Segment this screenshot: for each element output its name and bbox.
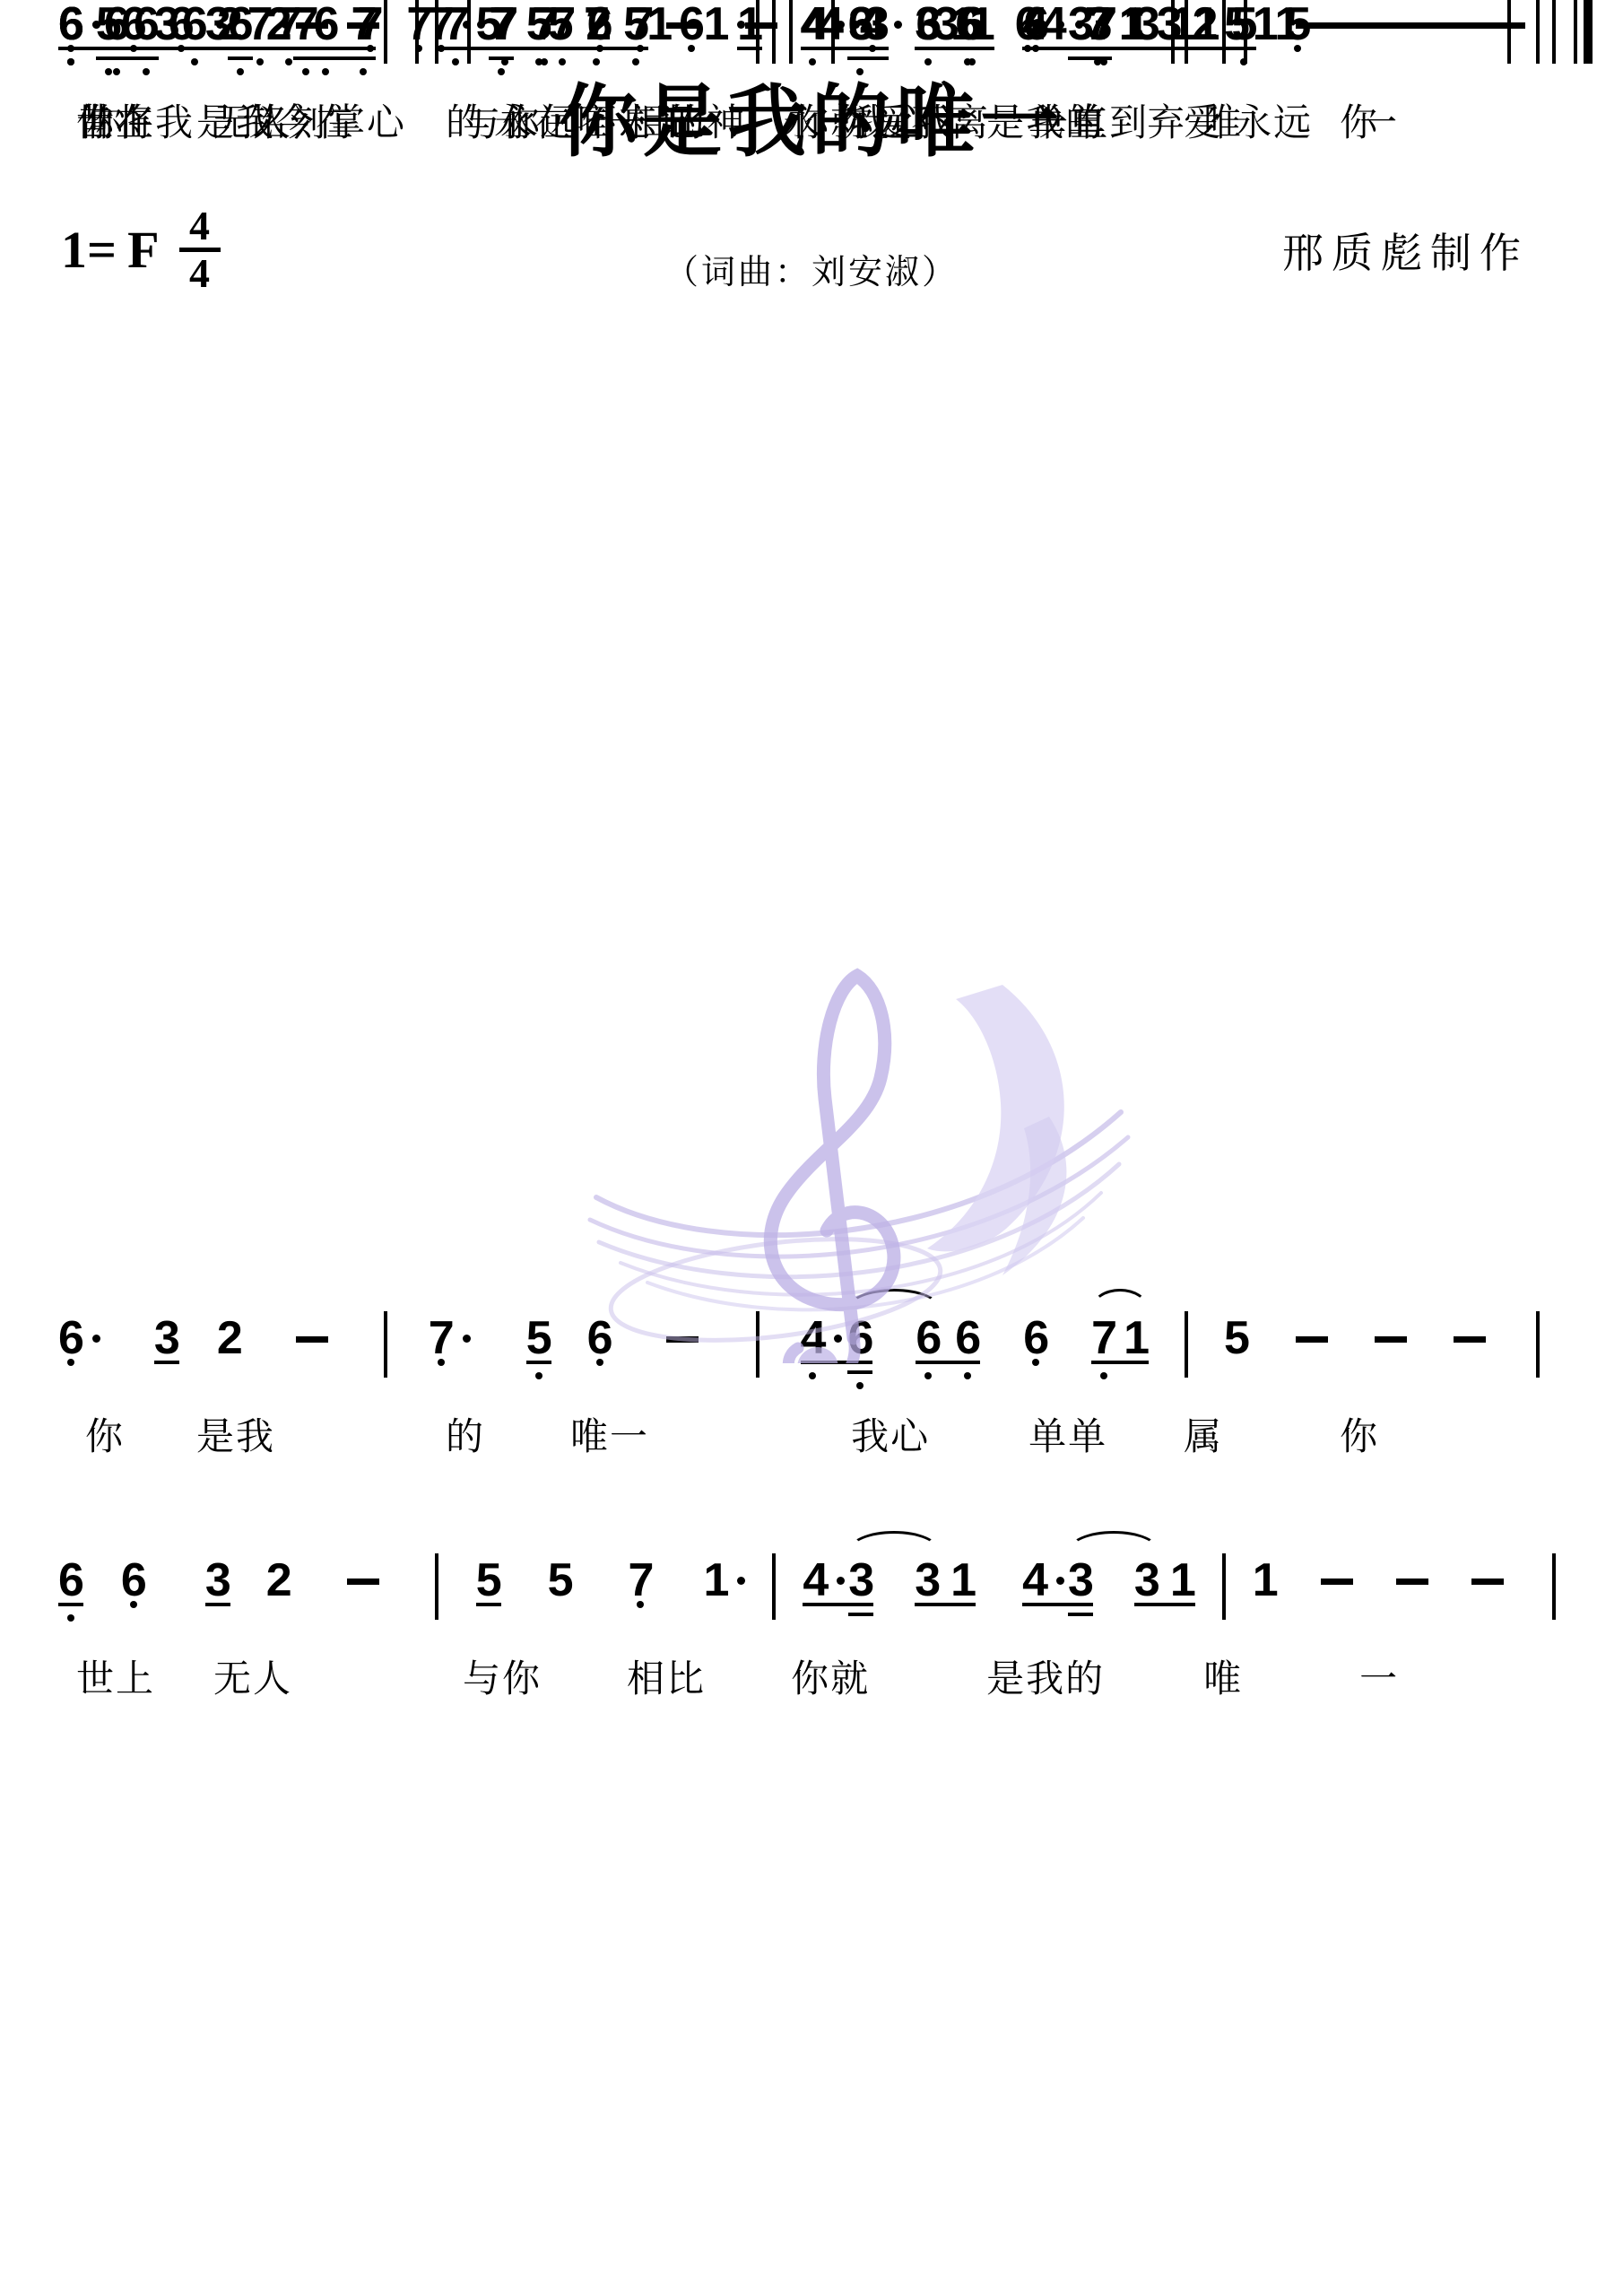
dot-after bbox=[282, 21, 290, 29]
lyric: 无人 bbox=[213, 1649, 292, 1703]
note-1: 1 bbox=[647, 0, 689, 86]
note-digit-low-octave: 6 bbox=[58, 1314, 83, 1362]
note-3: 3 bbox=[1157, 0, 1182, 86]
slur-arc bbox=[1091, 1289, 1149, 1328]
note-1: 1 bbox=[969, 0, 994, 86]
note-digit: 2 bbox=[1193, 0, 1218, 48]
note-head: 2 bbox=[266, 1556, 291, 1605]
barline-stroke bbox=[756, 1311, 759, 1378]
note-digit: 4 bbox=[1022, 1556, 1047, 1605]
note-4: 4 bbox=[1041, 0, 1083, 86]
dash-extension bbox=[1471, 1556, 1504, 1642]
dash-bar bbox=[1454, 1336, 1486, 1343]
note-digit: 1 bbox=[950, 1556, 976, 1605]
lyric: 的 bbox=[446, 1407, 485, 1461]
note-digit: 4 bbox=[1041, 0, 1066, 48]
note-head: 3 bbox=[205, 1556, 230, 1605]
beam-underline bbox=[444, 47, 515, 50]
note-head: 5 bbox=[476, 1556, 501, 1605]
beam-underline bbox=[915, 1603, 976, 1606]
barline bbox=[772, 1556, 776, 1642]
dash-bar bbox=[1342, 22, 1375, 29]
ribbon-swoosh-small bbox=[1002, 1117, 1066, 1275]
note-head: 6 bbox=[58, 1314, 100, 1362]
beam-underline bbox=[489, 57, 514, 60]
note-head: 1 bbox=[950, 1556, 976, 1605]
note-2: 2 bbox=[586, 0, 611, 86]
note-head: 6 bbox=[121, 1556, 146, 1605]
beam-underline bbox=[476, 1603, 501, 1606]
beam-underline bbox=[803, 1603, 873, 1606]
note-digit-low-octave: 6 bbox=[587, 1314, 612, 1362]
note-5: 5 bbox=[526, 1314, 551, 1400]
note-3: 3 bbox=[1068, 1556, 1093, 1642]
dash-bar bbox=[347, 1578, 379, 1585]
dash-bar bbox=[1296, 1336, 1328, 1343]
slur-arc bbox=[848, 1531, 940, 1570]
note-1: 1 bbox=[703, 1556, 745, 1642]
note-head: 1 bbox=[1274, 0, 1299, 48]
beam-underline bbox=[1041, 47, 1112, 50]
beam-underline bbox=[737, 47, 762, 50]
dot-after bbox=[92, 1335, 100, 1343]
lyric: 永远 bbox=[1234, 93, 1313, 147]
system-6: 666777777211433143321 昔在今在永在的神你爱我一直到永远 bbox=[58, 0, 1583, 147]
note-6: 6 bbox=[955, 1314, 980, 1400]
note-6: 6 bbox=[121, 1556, 146, 1642]
dash-bar bbox=[296, 1336, 328, 1343]
note-6: 6 bbox=[58, 0, 100, 86]
system-1: 63275646666715 你是我的唯一我心单单属你 bbox=[58, 1314, 1583, 1461]
note-3: 3 bbox=[933, 0, 959, 86]
dot-after bbox=[837, 1577, 845, 1585]
beam-underline bbox=[1022, 1603, 1093, 1606]
dash-extension bbox=[1296, 1314, 1328, 1400]
note-6: 6 bbox=[587, 1314, 612, 1400]
final-thin-stroke bbox=[1574, 0, 1577, 64]
note-digit-low-octave: 6 bbox=[121, 1556, 146, 1605]
note-1: 1 bbox=[737, 0, 762, 86]
sheet-music-page: 你是我的唯一 1= F 4 4 （词曲：刘安淑） 邢质彪制作 632756466… bbox=[0, 0, 1623, 2296]
beam-underline bbox=[154, 1361, 179, 1364]
note-head: 4 bbox=[1022, 1556, 1064, 1605]
beam-underline bbox=[205, 1603, 230, 1606]
lyric: 一直到 bbox=[1030, 93, 1149, 147]
barline bbox=[384, 1314, 387, 1400]
beam-underline bbox=[1157, 47, 1218, 50]
dash-bar bbox=[1375, 1336, 1407, 1343]
beam-underline bbox=[247, 47, 318, 50]
lyric: 我心 bbox=[851, 1407, 930, 1461]
note-digit: 5 bbox=[1224, 1314, 1249, 1362]
note-digit: 3 bbox=[154, 1314, 179, 1362]
note-3: 3 bbox=[864, 0, 889, 86]
note-3: 3 bbox=[848, 1556, 873, 1642]
note-1: 1 bbox=[1274, 0, 1299, 86]
note-3: 3 bbox=[1134, 1556, 1159, 1642]
note-5: 5 bbox=[548, 1556, 573, 1642]
beam-underline bbox=[550, 47, 611, 50]
note-2: 2 bbox=[266, 1556, 291, 1642]
note-head: 2 bbox=[217, 1314, 242, 1362]
lyric: 永在 bbox=[494, 93, 573, 147]
note-head: 6 bbox=[1023, 1314, 1048, 1362]
lyrics-row-6: 昔在今在永在的神你爱我一直到永远 bbox=[58, 93, 1583, 147]
note-6: 6 bbox=[58, 1556, 83, 1642]
note-head: 1 bbox=[969, 0, 994, 48]
slur-arc bbox=[1068, 1531, 1159, 1570]
barline bbox=[435, 1556, 438, 1642]
lyric: 唯 bbox=[1203, 1649, 1243, 1703]
barline bbox=[789, 0, 793, 86]
lyric: 属 bbox=[1184, 1407, 1223, 1461]
note-digit: 2 bbox=[266, 1556, 291, 1605]
barline bbox=[1244, 0, 1247, 86]
barline bbox=[415, 0, 419, 86]
barline-stroke bbox=[772, 1553, 776, 1620]
note-digit: 1 bbox=[1170, 1556, 1195, 1605]
dash-extension bbox=[1321, 1556, 1353, 1642]
dash-extension bbox=[1454, 1314, 1486, 1400]
note-head: 7 bbox=[429, 1314, 471, 1362]
dash-extension bbox=[1375, 1314, 1407, 1400]
note-head: 1 bbox=[1170, 1556, 1195, 1605]
note-head: 4 bbox=[803, 1556, 845, 1605]
lyric: 是我的 bbox=[986, 1649, 1105, 1703]
dot-after bbox=[92, 21, 100, 29]
beam-underline bbox=[1091, 1361, 1149, 1364]
note-1: 1 bbox=[1170, 1556, 1195, 1642]
notation-row-6: 666777777211433143321 bbox=[58, 0, 1583, 86]
note-digit: 4 bbox=[818, 0, 843, 48]
note-digit: 3 bbox=[205, 1556, 230, 1605]
dash-extension bbox=[1342, 0, 1375, 86]
beam-underline bbox=[1068, 1613, 1093, 1616]
note-digit: 1 bbox=[737, 0, 762, 48]
barline-stroke bbox=[384, 1311, 387, 1378]
note-1: 1 bbox=[950, 1556, 976, 1642]
dash-extension bbox=[1493, 0, 1525, 86]
note-head: 5 bbox=[548, 1556, 573, 1605]
note-head: 1 bbox=[647, 0, 689, 48]
final-barline bbox=[1574, 0, 1593, 86]
note-head: 5 bbox=[526, 1314, 551, 1362]
barline-stroke bbox=[1185, 1311, 1188, 1378]
lyrics-row-1: 你是我的唯一我心单单属你 bbox=[58, 1407, 1583, 1461]
note-6: 6 bbox=[169, 0, 194, 86]
note-5: 5 bbox=[1224, 1314, 1249, 1400]
note-digit: 5 bbox=[476, 1556, 501, 1605]
note-7: 7 bbox=[444, 0, 486, 86]
beam-underline bbox=[526, 1361, 551, 1364]
final-thick-stroke bbox=[1584, 0, 1593, 64]
note-digit-low-octave: 7 bbox=[629, 1556, 654, 1605]
note-7: 7 bbox=[489, 0, 514, 86]
dot-after bbox=[1056, 1577, 1064, 1585]
note-digit: 1 bbox=[703, 1556, 728, 1605]
note-head: 6 bbox=[955, 1314, 980, 1362]
meter-numerator: 4 bbox=[189, 204, 210, 248]
dot-after bbox=[852, 21, 860, 29]
note-4: 4 bbox=[801, 1314, 843, 1400]
note-6: 6 bbox=[1023, 1314, 1048, 1400]
dot-after bbox=[1075, 21, 1083, 29]
note-3: 3 bbox=[1087, 0, 1112, 86]
beam-underline bbox=[1087, 57, 1112, 60]
note-3: 3 bbox=[154, 1314, 179, 1400]
note-head: 6 bbox=[58, 1556, 83, 1605]
beam-underline bbox=[801, 1361, 873, 1364]
note-head: 7 bbox=[444, 0, 486, 48]
beam-underline bbox=[916, 1361, 980, 1364]
beam-underline bbox=[818, 47, 889, 50]
lyric: 的神 bbox=[667, 93, 746, 147]
lyric: 世上 bbox=[76, 1649, 155, 1703]
note-head: 4 bbox=[1041, 0, 1083, 48]
note-digit: 5 bbox=[548, 1556, 573, 1605]
dash-bar bbox=[1321, 1578, 1353, 1585]
dash-extension bbox=[666, 1314, 699, 1400]
beam-underline bbox=[1134, 1603, 1195, 1606]
note-digit-low-octave: 7 bbox=[429, 1314, 454, 1362]
barline bbox=[1222, 1556, 1226, 1642]
note-3: 3 bbox=[205, 1556, 230, 1642]
barline-stroke bbox=[415, 0, 419, 64]
ribbon-swoosh bbox=[927, 985, 1064, 1251]
dash-bar bbox=[1396, 1578, 1428, 1585]
note-6: 6 bbox=[104, 0, 129, 86]
beam-underline bbox=[933, 47, 994, 50]
note-head: 6 bbox=[58, 0, 100, 48]
note-digit-low-octave: 7 bbox=[444, 0, 469, 48]
note-digit: 4 bbox=[803, 1556, 828, 1605]
lyric: 唯一 bbox=[570, 1407, 649, 1461]
note-7: 7 bbox=[247, 0, 290, 86]
lyric: 与你 bbox=[463, 1649, 542, 1703]
note-7: 7 bbox=[629, 1556, 654, 1642]
beam-underline bbox=[847, 1370, 872, 1374]
note-head: 1 bbox=[703, 1556, 745, 1605]
note-digit-low-octave: 6 bbox=[955, 1314, 980, 1362]
note-head: 4 bbox=[801, 1314, 843, 1362]
beam-underline bbox=[848, 1613, 873, 1616]
dash-extension bbox=[347, 1556, 379, 1642]
lyric: 你 bbox=[85, 1407, 125, 1461]
lyrics-row-2: 世上无人与你相比你就是我的唯一 bbox=[58, 1649, 1583, 1703]
note-head: 6 bbox=[587, 1314, 612, 1362]
lyric: 今在 bbox=[276, 93, 355, 147]
note-digit: 1 bbox=[1253, 1556, 1278, 1605]
beam-underline bbox=[293, 57, 318, 60]
note-digit-low-octave: 7 bbox=[247, 0, 273, 48]
lyric: 相比 bbox=[627, 1649, 706, 1703]
barline bbox=[1185, 1314, 1188, 1400]
beam-underline bbox=[58, 1603, 83, 1606]
note-head: 7 bbox=[247, 0, 290, 48]
note-head: 2 bbox=[586, 0, 611, 48]
note-head: 1 bbox=[737, 0, 762, 48]
note-digit: 2 bbox=[217, 1314, 242, 1362]
barline-stroke bbox=[1552, 1553, 1556, 1620]
note-digit-low-octave: 4 bbox=[801, 1314, 826, 1362]
note-7: 7 bbox=[550, 0, 575, 86]
note-2: 2 bbox=[217, 1314, 242, 1400]
note-7: 7 bbox=[293, 0, 318, 86]
note-head: 5 bbox=[1224, 1314, 1249, 1362]
note-2: 2 bbox=[1193, 0, 1218, 86]
note-digit: 1 bbox=[969, 0, 994, 48]
note-6: 6 bbox=[916, 1314, 941, 1400]
lyric: 一 bbox=[1359, 1649, 1399, 1703]
note-1: 1 bbox=[1253, 1556, 1278, 1642]
dash-bar bbox=[1493, 22, 1525, 29]
lyric: 单单 bbox=[1028, 1407, 1107, 1461]
note-7: 7 bbox=[358, 0, 383, 86]
dot-after bbox=[463, 1335, 471, 1343]
lyric: 你 bbox=[1340, 1407, 1379, 1461]
note-head: 4 bbox=[818, 0, 860, 48]
dash-bar bbox=[666, 1336, 699, 1343]
notation-row-1: 63275646666715 bbox=[58, 1314, 1583, 1400]
note-digit: 1 bbox=[1274, 0, 1299, 48]
dot-after bbox=[681, 21, 689, 29]
note-4: 4 bbox=[818, 0, 860, 86]
system-2: 66325571433143311 世上无人与你相比你就是我的唯一 bbox=[58, 1556, 1583, 1703]
beam-underline bbox=[864, 57, 889, 60]
beam-underline bbox=[58, 47, 129, 50]
note-head: 3 bbox=[154, 1314, 179, 1362]
note-7: 7 bbox=[429, 1314, 471, 1400]
barline bbox=[1552, 1556, 1556, 1642]
note-digit: 1 bbox=[647, 0, 672, 48]
dash-extension bbox=[1396, 1556, 1428, 1642]
dash-bar bbox=[1471, 1578, 1504, 1585]
barline-stroke bbox=[1222, 1553, 1226, 1620]
note-4: 4 bbox=[1022, 1556, 1064, 1642]
note-digit-low-octave: 6 bbox=[1023, 1314, 1048, 1362]
dash-extension bbox=[1418, 0, 1450, 86]
lyric: 你爱我 bbox=[836, 93, 954, 147]
lyric: 你就 bbox=[791, 1649, 870, 1703]
barline-stroke bbox=[435, 1553, 438, 1620]
barline-stroke bbox=[1244, 0, 1247, 64]
note-digit-low-octave: 6 bbox=[58, 1556, 83, 1605]
lyric: 昔在 bbox=[76, 93, 155, 147]
note-digit-low-octave: 6 bbox=[58, 0, 83, 48]
dash-extension bbox=[296, 1314, 328, 1400]
maker-credit: 邢质彪制作 bbox=[1282, 221, 1529, 280]
dot-after bbox=[737, 1577, 745, 1585]
note-5: 5 bbox=[476, 1556, 501, 1642]
note-6: 6 bbox=[847, 1314, 872, 1400]
note-6: 6 bbox=[58, 1314, 100, 1400]
barline-stroke bbox=[789, 0, 793, 64]
barline bbox=[1536, 1314, 1540, 1400]
dash-bar bbox=[1418, 22, 1450, 29]
notation-row-2: 66325571433143311 bbox=[58, 1556, 1583, 1642]
dot-after bbox=[834, 1335, 842, 1343]
note-4: 4 bbox=[803, 1556, 845, 1642]
barline-stroke bbox=[1536, 1311, 1540, 1378]
beam-underline bbox=[104, 57, 129, 60]
note-head: 1 bbox=[1253, 1556, 1278, 1605]
slur-arc bbox=[847, 1289, 941, 1328]
note-digit-low-octave: 5 bbox=[526, 1314, 551, 1362]
note-head: 7 bbox=[629, 1556, 654, 1605]
note-head: 2 bbox=[1193, 0, 1218, 48]
dot-after bbox=[477, 21, 485, 29]
lyric: 是我 bbox=[196, 1407, 275, 1461]
barline bbox=[756, 1314, 759, 1400]
note-digit: 2 bbox=[586, 0, 611, 48]
note-3: 3 bbox=[915, 1556, 940, 1642]
